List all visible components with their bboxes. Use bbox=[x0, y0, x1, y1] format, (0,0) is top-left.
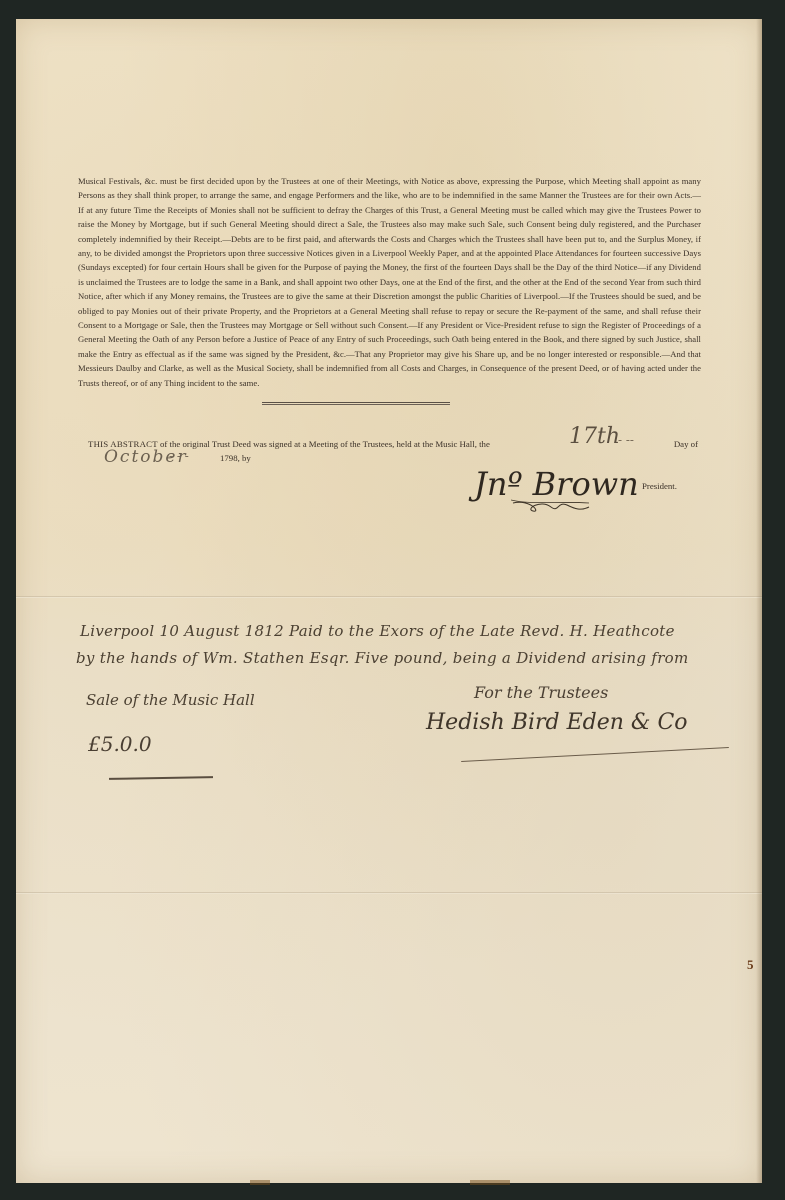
document-page: Musical Festivals, &c. must be first dec… bbox=[16, 19, 762, 1183]
printed-deed-text: Musical Festivals, &c. must be first dec… bbox=[78, 174, 701, 390]
handwritten-dash: - -- bbox=[618, 433, 634, 447]
for-the-trustees: For the Trustees bbox=[474, 683, 608, 702]
marginal-mark: 5 bbox=[747, 957, 754, 973]
signature-flourish-icon bbox=[511, 497, 591, 515]
handwritten-day: 17th bbox=[569, 424, 620, 449]
receipt-line-3: Sale of the Music Hall bbox=[86, 691, 255, 709]
receipt-amount: £5.0.0 bbox=[88, 732, 152, 756]
amount-underline bbox=[109, 776, 213, 780]
edge-stain bbox=[470, 1180, 510, 1185]
receipt-signer: Hedish Bird Eden & Co bbox=[426, 710, 688, 735]
edge-stain bbox=[250, 1180, 270, 1185]
signer-underline bbox=[461, 747, 729, 762]
day-of-label: Day of bbox=[674, 439, 698, 449]
fold-line bbox=[16, 892, 762, 894]
divider-rule bbox=[262, 402, 450, 405]
fold-line bbox=[16, 596, 762, 598]
president-label: President. bbox=[642, 481, 677, 491]
abstract-text: of the original Trust Deed was signed at… bbox=[158, 439, 490, 449]
receipt-line-1: Liverpool 10 August 1812 Paid to the Exo… bbox=[80, 622, 675, 640]
year-by-text: 1798, by bbox=[220, 453, 251, 463]
receipt-line-2: by the hands of Wm. Stathen Esqr. Five p… bbox=[76, 649, 689, 667]
handwritten-dash: - - - bbox=[169, 449, 189, 463]
